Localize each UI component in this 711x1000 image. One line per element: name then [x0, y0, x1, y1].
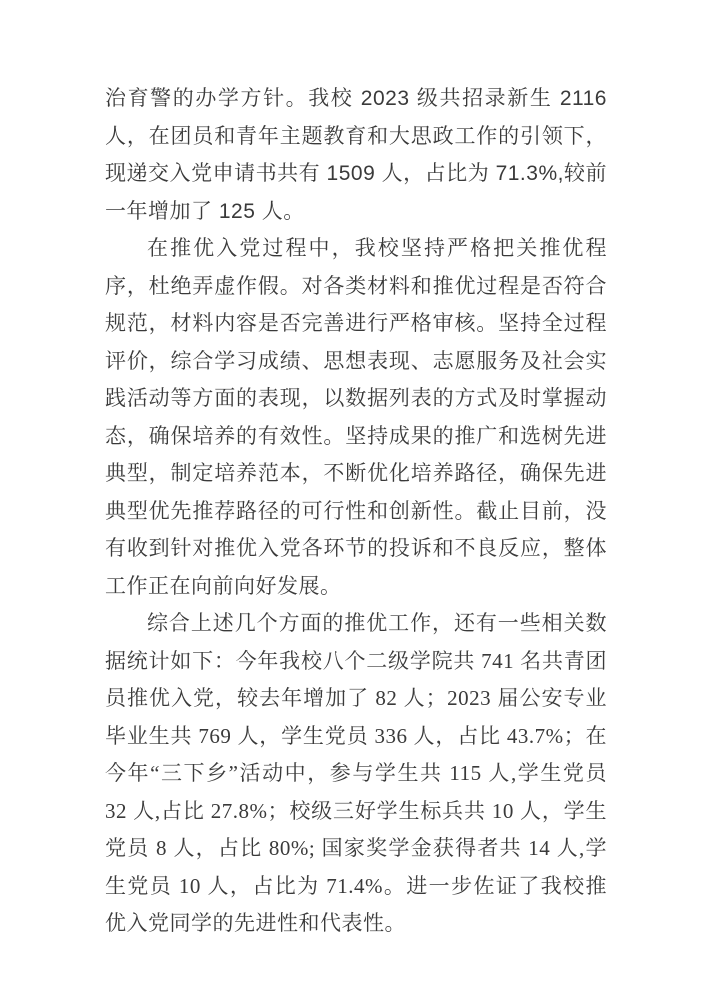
paragraph-1: 治育警的办学方针。我校 2023 级共招录新生 2116 人，在团员和青年主题教… — [105, 80, 607, 230]
document-body: 治育警的办学方针。我校 2023 级共招录新生 2116 人，在团员和青年主题教… — [105, 80, 607, 943]
document-page: 治育警的办学方针。我校 2023 级共招录新生 2116 人，在团员和青年主题教… — [0, 0, 711, 1000]
paragraph-2: 在推优入党过程中，我校坚持严格把关推优程序，杜绝弄虚作假。对各类材料和推优过程是… — [105, 230, 607, 605]
paragraph-3: 综合上述几个方面的推优工作，还有一些相关数据统计如下：今年我校八个二级学院共 7… — [105, 605, 607, 943]
